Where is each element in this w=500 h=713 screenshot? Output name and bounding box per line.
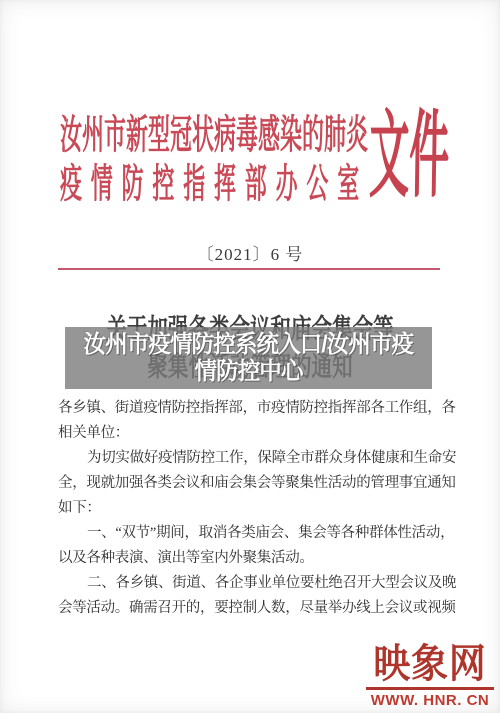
body-line: 二、各乡镇、街道、各企事业单位要杜绝召开大型会议及晚 (58, 571, 448, 596)
body-line: 一、“双节”期间，取消各类庙会、集会等各种群体性活动， (58, 521, 448, 546)
watermark-logo-text: 映象网 (371, 642, 489, 686)
letterhead-org-line1: 汝州市新型冠状病毒感染的肺炎 (60, 110, 229, 160)
letterhead-org-name: 汝州市新型冠状病毒感染的肺炎 疫情防控指挥部办公室 (60, 110, 368, 208)
body-line: 以及各种表演、演出等室内外聚集活动。 (58, 546, 448, 571)
watermark-divider (366, 687, 494, 690)
body-line: 全，现就加强各类会议和庙会集会等聚集性活动的管理事宜通知 (58, 471, 448, 496)
body-line: 如下： (58, 496, 448, 521)
body-line: 各乡镇、街道疫情防控指挥部，市疫情防控指挥部各工作组，各 (58, 396, 448, 421)
watermark-url: WWW. HNR. CN (366, 692, 494, 709)
body-line: 相关单位： (58, 421, 448, 446)
caption-overlay: 汝州市疫情防控系统入口/汝州市疫 情防控中心 (65, 327, 432, 389)
body-paragraphs: 各乡镇、街道疫情防控指挥部，市疫情防控指挥部各工作组，各 相关单位： 为切实做好… (58, 396, 448, 621)
letterhead: 汝州市新型冠状病毒感染的肺炎 疫情防控指挥部办公室 文件 (60, 110, 500, 208)
caption-overlay-line1: 汝州市疫情防控系统入口/汝州市疫 (84, 331, 414, 358)
scanned-document-page: 汝州市新型冠状病毒感染的肺炎 疫情防控指挥部办公室 文件 〔2021〕6 号 关… (0, 0, 500, 713)
site-watermark: 映象网 WWW. HNR. CN (366, 642, 494, 709)
caption-overlay-line2: 情防控中心 (194, 358, 302, 385)
body-line: 为切实做好疫情防控工作，保障全市群众身体健康和生命安 (58, 446, 448, 471)
document-number: 〔2021〕6 号 (0, 240, 500, 265)
red-divider-line (58, 268, 440, 270)
letterhead-doc-word: 文件 (369, 110, 450, 202)
letterhead-org-line2: 疫情防控指挥部办公室 (60, 160, 229, 208)
body-line: 会等活动。确需召开的，要控制人数，尽量举办线上会议或视频 (58, 596, 448, 621)
